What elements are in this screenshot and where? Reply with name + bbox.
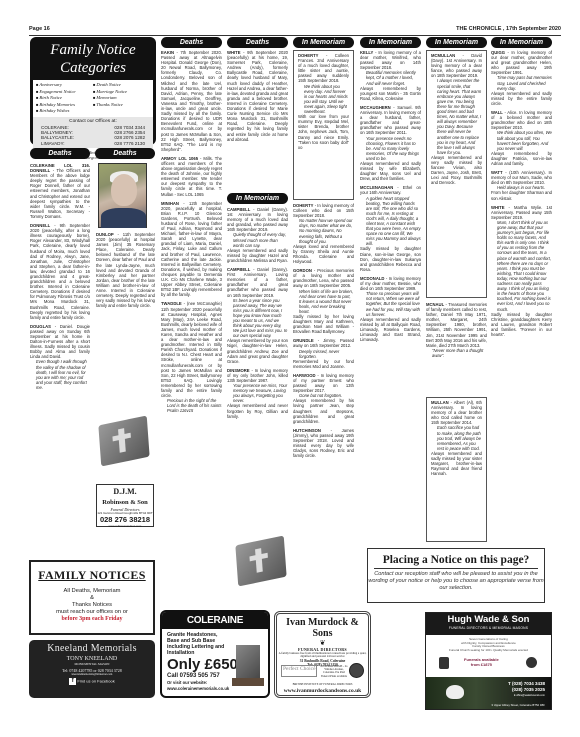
- robinson-phone: 028 276 38218: [97, 516, 153, 524]
- category-item: Thanks Notice: [93, 102, 150, 109]
- col-head-deaths-2: Deaths: [95, 148, 155, 159]
- in-memoriam-column-1: CAMPBELL - Daniel (Danny). 1st Anniversa…: [227, 207, 288, 552]
- office-row: LIMAVADY:028 7776 2130: [41, 141, 145, 146]
- col-head-deaths-4: Deaths: [227, 37, 288, 48]
- notice-grundle: GRUNDLE - Jimmy. Passed away on 16th Sep…: [293, 338, 354, 369]
- categories-title: Family Notice Categories: [30, 41, 156, 77]
- notice-mccaughern: MCCAUGHERN - Samuel. 9th Anniversary. In…: [360, 105, 421, 181]
- col-head-in-memoriam-2: In Memoriam: [293, 37, 354, 48]
- col-head-in-memoriam-3: In Memoriam: [360, 37, 421, 48]
- family-notice-categories-box: Family Notice Categories Anniversary Dea…: [30, 37, 156, 145]
- placing-notice-box: Placing a Notice on this page? Contact o…: [367, 548, 545, 603]
- crest-logo-icon: [349, 663, 364, 678]
- notice-armoy-lol: ARMOY LOL 1065 - Mills. The officers and…: [161, 156, 222, 197]
- notice-mcdonald: MCDONALD - In loving memory of my dear m…: [360, 276, 421, 342]
- deadline-text: before 3pm each Friday: [31, 616, 153, 622]
- notice-coleraine-lol: COLERAINE LOL 316. DONNELL - The Officer…: [30, 163, 90, 219]
- page-header: Page 16 THE CHRONICLE , 17th September 2…: [29, 26, 561, 36]
- coleraine-memorials-ad: COLERAINE MEMORIALS Granite Headstones, …: [160, 610, 270, 698]
- notice-eakin: EAKIN - 7th September 2020. Passed away …: [161, 50, 222, 152]
- deaths-column-3: EAKIN - 7th September 2020. Passed away …: [161, 50, 222, 605]
- notice-doherty-1-box: DOHERTY - Colleen Frances. 2nd Anniversa…: [293, 50, 354, 200]
- notice-minihan: MINIHAN - 12th September 2020, peacefull…: [161, 201, 222, 298]
- robinson-ad: D.J.M. Robinson & Son Funeral Directors …: [96, 484, 154, 527]
- facebook-link[interactable]: f Find us on Facebook: [29, 678, 155, 685]
- notice-wall: WALL - Alice. In loving memory of a belo…: [491, 110, 552, 166]
- portrait-photo: [98, 163, 147, 228]
- ornament-icon: ❦: [277, 639, 368, 647]
- crest-icon: [439, 657, 449, 669]
- notice-dinsmore: DINSMORE - In loving memory of my only b…: [227, 368, 288, 419]
- deaths-column-1: COLERAINE LOL 316. DONNELL - The Officer…: [30, 163, 90, 548]
- lily-image: [446, 685, 464, 699]
- notice-white-2: WHITE - Martha Wylie. 1st Anniversary. P…: [491, 205, 552, 337]
- notice-gordon: GORDON - Precious memories of a loving m…: [293, 268, 354, 334]
- notice-twaddle: TWADDLE - (nee McConaghie) 11th Septembe…: [161, 301, 222, 413]
- col-head-deaths-1: Deaths: [30, 148, 90, 159]
- notice-dunlop: DUNLOP - 11th September 2020 (peacefully…: [96, 232, 155, 308]
- in-memoriam-column-5: QUIGG - In loving memory of our dear mot…: [491, 50, 552, 542]
- page-number: Page 16: [29, 26, 50, 32]
- notice-harwood: HARWOOD - In loving memory of my partner…: [293, 373, 354, 424]
- in-memoriam-column-2: DOHERTY - In loving memory of Colleen wh…: [293, 203, 354, 603]
- bible-icon: [235, 535, 286, 586]
- notice-mullan-box: MULLAN - Albert (Al), 6th Anniversary. I…: [426, 397, 487, 542]
- hugh-wade-ad: Hugh Wade & Son FUNERAL DIRECTORS & MEMO…: [425, 612, 552, 710]
- notice-campbell-1: CAMPBELL - Daniel (Danny). 1st Anniversa…: [227, 207, 288, 263]
- office-contacts: Contact our Offices at: COLERAINE:028 70…: [33, 117, 153, 148]
- bible-icon: [98, 415, 149, 466]
- deaths-column-2: DUNLOP - 11th September 2020 (peacefully…: [96, 232, 155, 382]
- col-head-deaths-3: Deaths: [161, 37, 222, 48]
- family-notices-deadline-box: FAMILY NOTICES All Deaths, Memoriam & Th…: [29, 560, 155, 635]
- notice-doherty-2: DOHERTY - In loving memory of Colleen wh…: [293, 203, 354, 264]
- notice-quigg: QUIGG - In loving memory of our dear mot…: [491, 50, 552, 106]
- ivan-murdock-ad: Ivan Murdock & Sons ❦ FUNERAL DIRECTORS …: [274, 611, 371, 698]
- col-head-in-memoriam-4: In Memoriam: [426, 37, 487, 48]
- notice-mcnaul: MCNAUL - Treasured memories of family me…: [426, 302, 487, 357]
- murdock-website-link[interactable]: www.ivanmurdockandsons.co.uk: [277, 688, 368, 694]
- categories-list: Anniversary Death Notice Engagement Noti…: [33, 80, 153, 117]
- in-memoriam-column-3: KELLY - In loving memory of a dear mothe…: [360, 50, 421, 540]
- notice-watt: WATT - (10th Anniversary). In memory of …: [491, 170, 552, 201]
- notice-mcmullan-box: MCMULLAN - David (Davy). 1st Anniversary…: [426, 50, 487, 298]
- notice-campbell-2: CAMPBELL - Daniel (Danny). First Anniver…: [227, 267, 288, 364]
- headstone-image: [236, 645, 260, 681]
- coleraine-website-link[interactable]: www.colerainememorials.co.uk: [162, 686, 268, 691]
- notice-mcclenaghan: MCCLENAGHAN - Ethel on your 16th Anniver…: [360, 185, 421, 272]
- kneeland-memorials-ad: Kneeland Memorials TONY KNEELAND MONUMEN…: [29, 640, 155, 698]
- notice-douglas: DOUGLAS - Daniel. Dougie passed away on …: [30, 324, 90, 390]
- notice-white: WHITE - 9th September 2020 (peacefully) …: [227, 50, 288, 142]
- perfect-choice-logo: Perfect Choice: [281, 665, 317, 677]
- col-head-in-memoriam-5: In Memoriam: [491, 37, 552, 48]
- notice-hutchinson: HUTCHINSON - James (Jimmy), who passed a…: [293, 428, 354, 459]
- notice-donnell: DONNELL - 9th September 2020 (peacefully…: [30, 223, 90, 320]
- paper-dateline: THE CHRONICLE , 17th September 2020: [456, 26, 561, 32]
- notice-kelly: KELLY - In loving memory of a dear mothe…: [360, 50, 421, 101]
- category-item: Birthday Wishes: [36, 108, 93, 115]
- col-head-in-memoriam-1: In Memoriam: [227, 193, 288, 204]
- deaths-column-4: WHITE - 9th September 2020 (peacefully) …: [227, 50, 288, 190]
- seal-icon: [526, 657, 537, 668]
- facebook-icon: f: [69, 678, 76, 685]
